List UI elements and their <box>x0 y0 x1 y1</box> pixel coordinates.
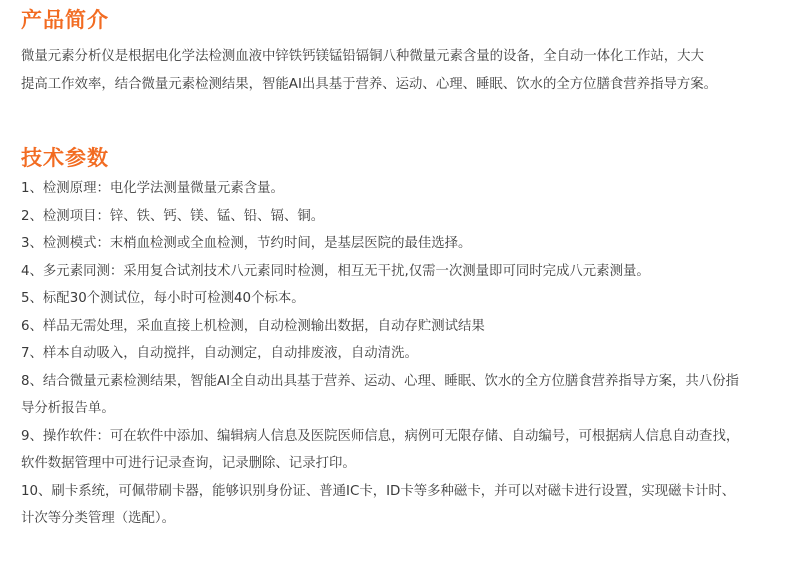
intro-line: 微量元素分析仪是根据电化学法检测血液中锌铁钙镁锰铅镉铜八种微量元素含量的设备，全… <box>21 43 791 71</box>
intro-line: 提高工作效率，结合微量元素检测结果，智能AI出具基于营养、运动、心理、睡眠、饮水… <box>21 71 791 99</box>
param-item-9: 9、操作软件：可在软件中添加、编辑病人信息及医院医师信息，病例可无限存储、自动编… <box>21 423 791 451</box>
product-intro-paragraph: 微量元素分析仪是根据电化学法检测血液中锌铁钙镁锰铅镉铜八种微量元素含量的设备，全… <box>21 43 791 98</box>
param-item-5: 5、标配30个测试位，每小时可检测40个标本。 <box>21 285 791 313</box>
param-item-10-cont: 计次等分类管理（选配）。 <box>21 505 791 533</box>
tech-params-list: 1、检测原理：电化学法测量微量元素含量。 2、检测项目：锌、铁、钙、镁、锰、铅、… <box>21 175 791 533</box>
param-item-7: 7、样本自动吸入，自动搅拌，自动测定，自动排废液，自动清洗。 <box>21 340 791 368</box>
param-item-4: 4、多元素同测：采用复合试剂技术八元素同时检测，相互无干扰,仅需一次测量即可同时… <box>21 258 791 286</box>
param-item-6: 6、样品无需处理，采血直接上机检测，自动检测输出数据，自动存贮测试结果 <box>21 313 791 341</box>
param-item-9-cont: 软件数据管理中可进行记录查询，记录删除、记录打印。 <box>21 450 791 478</box>
param-item-2: 2、检测项目：锌、铁、钙、镁、锰、铅、镉、铜。 <box>21 203 791 231</box>
param-item-1: 1、检测原理：电化学法测量微量元素含量。 <box>21 175 791 203</box>
tech-params-heading: 技术参数 <box>21 148 109 169</box>
param-item-8: 8、结合微量元素检测结果，智能AI全自动出具基于营养、运动、心理、睡眠、饮水的全… <box>21 368 791 396</box>
param-item-8-cont: 导分析报告单。 <box>21 395 791 423</box>
param-item-10: 10、刷卡系统，可佩带刷卡器，能够识别身份证、普通IC卡，ID卡等多种磁卡，并可… <box>21 478 791 506</box>
product-intro-heading: 产品简介 <box>21 10 109 31</box>
param-item-3: 3、检测模式：末梢血检测或全血检测，节约时间，是基层医院的最佳选择。 <box>21 230 791 258</box>
